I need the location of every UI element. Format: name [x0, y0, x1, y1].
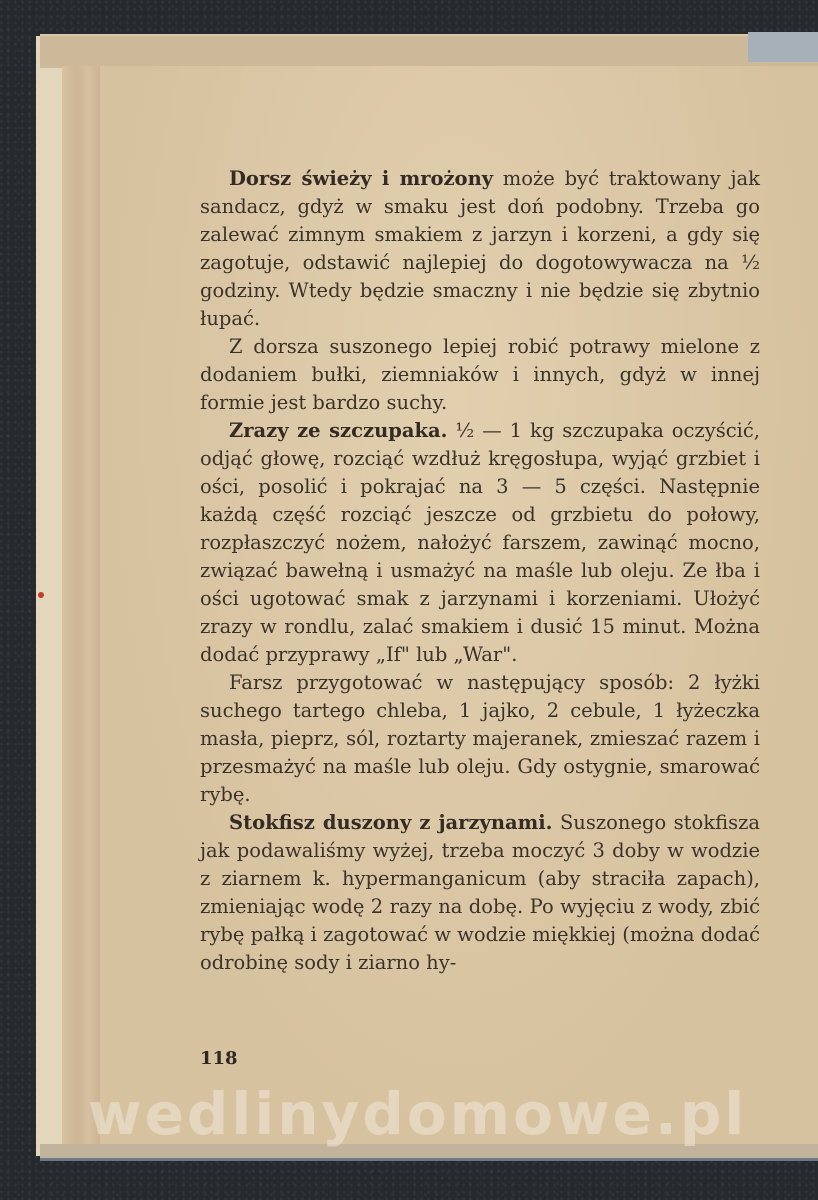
- cover-top-flap: [40, 34, 818, 68]
- paragraph-dorsz: Dorsz świeży i mrożony może być traktowa…: [200, 165, 760, 333]
- cover-spine-corner: [748, 32, 818, 62]
- red-spot-mark: [38, 592, 44, 598]
- recipe-heading: Zrazy ze szczupaka.: [229, 419, 447, 442]
- paragraph-text: Farsz przygotować w następujący sposób: …: [200, 671, 760, 806]
- paragraph-farsz: Farsz przygotować w następujący sposób: …: [200, 669, 760, 809]
- paragraph-text: ½ — 1 kg szczupaka oczyścić, odjąć głowę…: [200, 419, 760, 666]
- recipe-heading: Stokfisz duszony z jarzynami.: [229, 811, 552, 834]
- page-number: 118: [200, 1048, 238, 1069]
- watermark: wedlinydomowe.pl: [88, 1080, 747, 1148]
- paragraph-text: może być traktowany jak sandacz, gdyż w …: [200, 167, 760, 330]
- paragraph-dorsz-suszony: Z dorsza suszonego lepiej robić potrawy …: [200, 333, 760, 417]
- paragraph-text: Z dorsza suszonego lepiej robić potrawy …: [200, 335, 760, 414]
- paragraph-zrazy: Zrazy ze szczupaka. ½ — 1 kg szczupaka o…: [200, 417, 760, 669]
- paragraph-text: Suszonego stokfisza jak podawaliśmy wyże…: [200, 811, 760, 974]
- paragraph-stokfisz: Stokfisz duszony z jarzynami. Suszonego …: [200, 809, 760, 977]
- page-text: Dorsz świeży i mrożony może być traktowa…: [200, 165, 760, 977]
- page-stack-edges: [62, 66, 100, 1156]
- recipe-heading: Dorsz świeży i mrożony: [229, 167, 493, 190]
